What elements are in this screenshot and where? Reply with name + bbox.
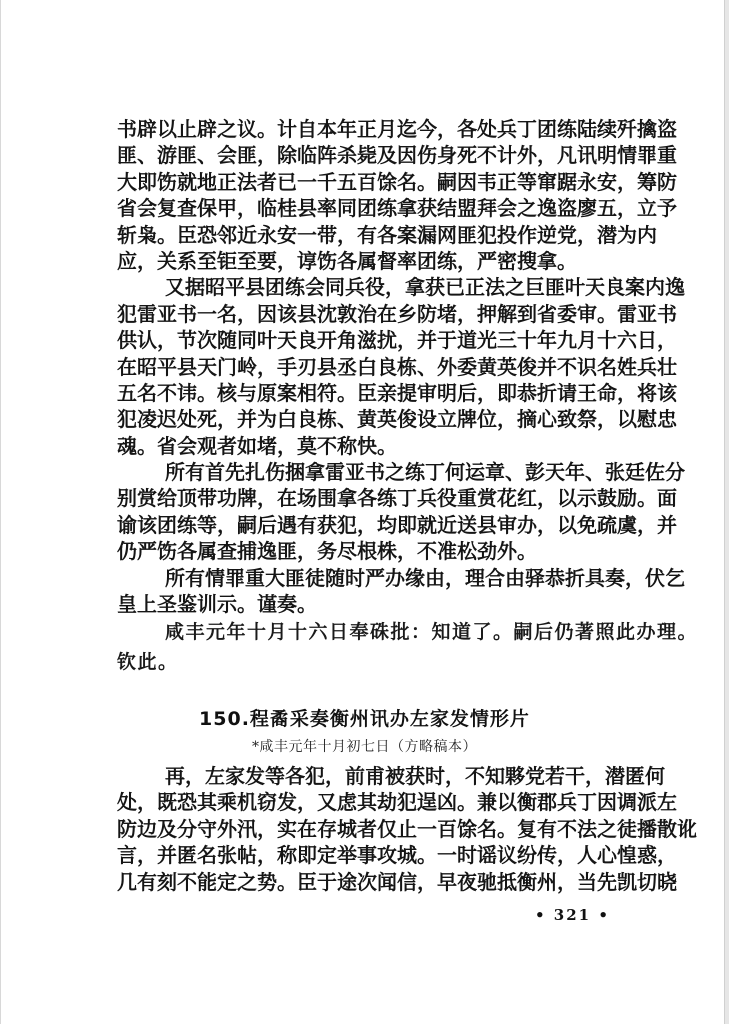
text-line: 谕该团练等，嗣后遇有获犯，均即就近送县审办，以免疏虞，并 [117,512,629,538]
text-line: 省会复查保甲，临桂县率同团练拿获结盟拜会之逸盗廖五，立予 [117,195,629,221]
paragraph-4: 所有情罪重大匪徒随时严办缘由，理合由驿恭折具奏，伏乞 皇上圣鉴训示。谨奏。 [117,565,629,618]
text-line: 几有刻不能定之势。臣于途次闻信，早夜驰抵衡州，当先凯切晓 [117,869,629,895]
text-line: 所有情罪重大匪徒随时严办缘由，理合由驿恭折具奏，伏乞 [117,565,629,591]
paragraph-1: 书辟以止辟之议。计自本年正月迄今，各处兵丁团练陆续歼擒盗 匪、游匪、会匪，除临阵… [117,116,629,274]
text-line: 魂。省会观者如堵，莫不称快。 [117,433,629,459]
imperial-rescript: 咸丰元年十月十六日奉硃批：知道了。嗣后仍著照此办理。 钦此。 [117,617,629,677]
section-heading: 150.程矞采奏衡州讯办左家发情形片 [0,704,729,731]
scan-right-edge [724,0,729,1024]
text-line: 言，并匿名张帖，称即定举事攻城。一时谣议纷传，人心惶惑， [117,842,629,868]
section-date-source: *咸丰元年十月初七日（方略稿本） [0,736,729,756]
text-line: 应，关系至钜至要，谆饬各属督率团练，严密搜拿。 [117,248,629,274]
text-line: 所有首先扎伤捆拿雷亚书之练丁何运章、彭天年、张廷佐分 [117,459,629,485]
text-line: 在昭平县天门岭，手刃县丞白良栋、外委黄英俊并不识名姓兵壮 [117,354,629,380]
text-line: 五名不讳。核与原案相符。臣亲提审明后，即恭折请王命，将该 [117,380,629,406]
page-number: • 321 • [535,906,610,924]
text-line: 大即饬就地正法者已一千五百馀名。嗣因韦正等窜踞永安，筹防 [117,169,629,195]
rescript-line: 钦此。 [117,647,629,677]
text-line: 斩枭。臣恐邻近永安一带，有各案漏网匪犯投作逆党，潜为内 [117,222,629,248]
text-line: 皇上圣鉴训示。谨奏。 [117,591,629,617]
text-line: 防边及分守外汛，实在存城者仅止一百馀名。复有不法之徒播散讹 [117,816,629,842]
paragraph-3: 所有首先扎伤捆拿雷亚书之练丁何运章、彭天年、张廷佐分 别赏给顶带功牌，在场围拿各… [117,459,629,565]
text-line: 再，左家发等各犯，前甫被获时，不知夥党若干，潜匿何 [117,763,629,789]
paragraph-2: 又据昭平县团练会同兵役，拿获已正法之巨匪叶天良案内逸 犯雷亚书一名，因该县沈敦治… [117,274,629,459]
text-line: 供认，节次随同叶天良开角滋扰，并于道光三十年九月十六日， [117,327,629,353]
text-line: 犯雷亚书一名，因该县沈敦治在乡防堵，押解到省委审。雷亚书 [117,301,629,327]
text-line: 仍严饬各属查捕逸匪，务尽根株，不准松劲外。 [117,538,629,564]
text-line: 匪、游匪、会匪，除临阵杀毙及因伤身死不计外，凡讯明情罪重 [117,142,629,168]
document-body-bottom: 再，左家发等各犯，前甫被获时，不知夥党若干，潜匿何 处，既恐其乘机窃发，又虑其劫… [117,763,629,895]
document-body-top: 书辟以止辟之议。计自本年正月迄今，各处兵丁团练陆续歼擒盗 匪、游匪、会匪，除临阵… [117,116,629,677]
paragraph-5: 再，左家发等各犯，前甫被获时，不知夥党若干，潜匿何 处，既恐其乘机窃发，又虑其劫… [117,763,629,895]
rescript-line: 咸丰元年十月十六日奉硃批：知道了。嗣后仍著照此办理。 [117,617,629,647]
scan-left-edge [0,0,1,1024]
text-line: 别赏给顶带功牌，在场围拿各练丁兵役重赏花红，以示鼓励。面 [117,485,629,511]
text-line: 书辟以止辟之议。计自本年正月迄今，各处兵丁团练陆续歼擒盗 [117,116,629,142]
text-line: 处，既恐其乘机窃发，又虑其劫犯逞凶。兼以衡郡兵丁因调派左 [117,789,629,815]
text-line: 犯凌迟处死，并为白良栋、黄英俊设立牌位，摘心致祭，以慰忠 [117,406,629,432]
text-line: 又据昭平县团练会同兵役，拿获已正法之巨匪叶天良案内逸 [117,274,629,300]
